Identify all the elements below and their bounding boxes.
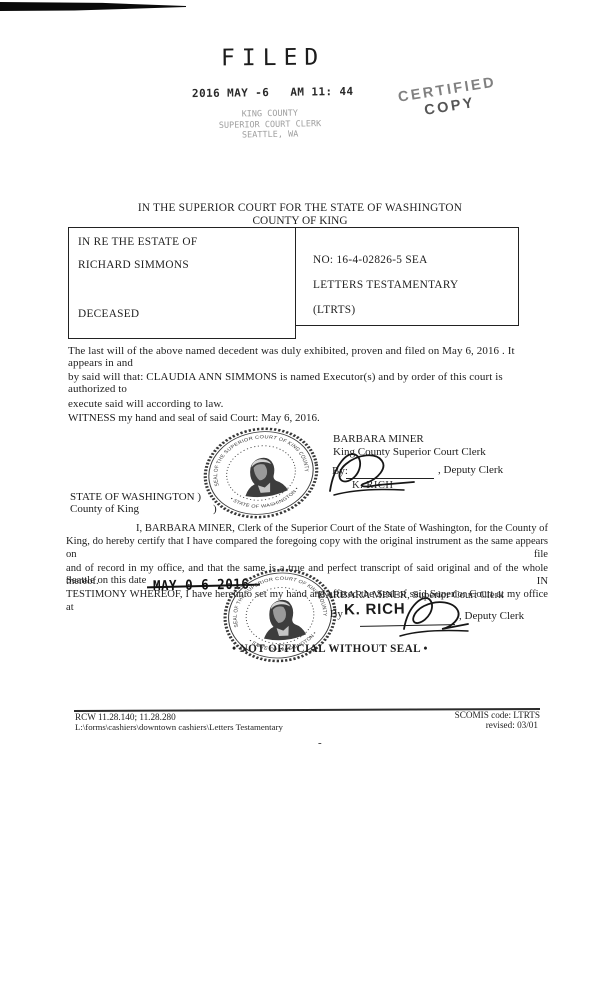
footer-rcw: RCW 11.28.140; 11.28.280	[75, 712, 176, 722]
will-paragraph-line: execute said will according to law.	[68, 398, 546, 410]
clerk-name: BARBARA MINER	[333, 433, 424, 445]
deputy-signature	[322, 447, 440, 504]
party-name: RICHARD SIMMONS	[78, 259, 189, 271]
caption-case-cell: NO: 16-4-02826-5 SEA LETTERS TESTAMENTAR…	[295, 227, 519, 326]
deputy-signature-2	[396, 591, 474, 648]
seal-notice: • NOT OFFICIAL WITHOUT SEAL •	[0, 643, 600, 655]
case-number: NO: 16-4-02826-5 SEA	[313, 254, 428, 266]
footer-revised: revised: 03/01	[486, 720, 538, 730]
court-seal-1: SEAL OF THE SUPERIOR COURT OF KING COUNT…	[201, 426, 321, 525]
document-page: FILED 2016 MAY -6 AM 11: 44 KING COUNTY …	[0, 0, 600, 988]
caption-party-cell: IN RE THE ESTATE OF RICHARD SIMMONS DECE…	[68, 227, 296, 339]
washington-portrait-icon	[260, 598, 307, 643]
document-code: (LTRTS)	[313, 304, 355, 316]
will-paragraph-line: The last will of the above named deceden…	[68, 345, 546, 369]
venue-county-text: County of King	[70, 503, 139, 515]
party-status: DECEASED	[78, 308, 139, 320]
footer-file-path: L:\forms\cashiers\downtown cashiers\Lett…	[75, 722, 283, 732]
page-number-dash: -	[318, 737, 322, 749]
clerk-office-line: SEATTLE, WA	[186, 129, 354, 142]
deputy-clerk-label: , Deputy Clerk	[438, 464, 503, 476]
certified-copy-stamp: CERTIFIED COPY	[397, 74, 500, 123]
certification-date-line: Seattle on this date	[66, 575, 146, 586]
clerk-office-stamp: KING COUNTY SUPERIOR COURT CLERK SEATTLE…	[186, 108, 355, 142]
venue-county-paren: )	[213, 503, 217, 515]
washington-portrait-icon	[240, 455, 289, 500]
certification-line: I, BARBARA MINER, Clerk of the Superior …	[66, 522, 548, 535]
county-title: COUNTY OF KING	[0, 215, 600, 227]
filed-stamp: FILED	[221, 45, 325, 72]
venue-county: County of King)	[70, 503, 139, 515]
filed-datetime-stamp: 2016 MAY -6 AM 11: 44	[192, 85, 354, 100]
court-title: IN THE SUPERIOR COURT FOR THE STATE OF W…	[0, 202, 600, 214]
venue-state: STATE OF WASHINGTON )	[70, 491, 201, 503]
certification-line: King, do hereby certify that I have comp…	[66, 535, 548, 561]
will-paragraph-line: by said will that: CLAUDIA ANN SIMMONS i…	[68, 371, 546, 395]
footer-scomis-code: SCOMIS code: LTRTS	[455, 710, 540, 720]
party-line: IN RE THE ESTATE OF	[78, 236, 197, 248]
document-title: LETTERS TESTAMENTARY	[313, 279, 459, 291]
by-label-2: By	[330, 608, 343, 620]
scan-artifact	[0, 2, 186, 11]
